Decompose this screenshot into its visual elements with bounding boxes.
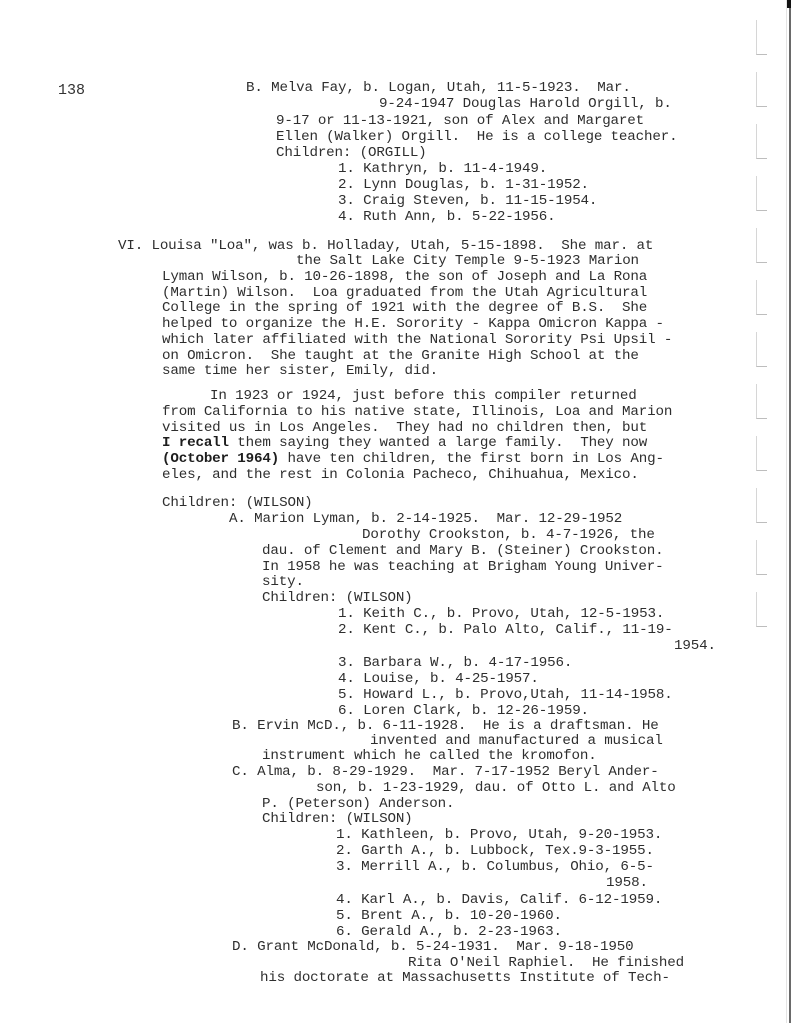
- text-line: (October 1964) have ten children, the fi…: [162, 451, 664, 467]
- text-segment: have ten children, the first born in Los…: [279, 451, 664, 467]
- text-line: 3. Barbara W., b. 4-17-1956.: [338, 655, 572, 671]
- binder-tab-mark: [756, 332, 767, 367]
- text-line: 1958.: [606, 875, 648, 891]
- document-page: 138 B. Melva Fay, b. Logan, Utah, 11-5-1…: [0, 0, 791, 1023]
- text-line: invented and manufactured a musical: [370, 733, 663, 749]
- text-segment: them saying they wanted a large family. …: [229, 435, 647, 451]
- text-line: Dorothy Crookston, b. 4-7-1926, the: [362, 527, 655, 543]
- text-line: 5. Howard L., b. Provo,Utah, 11-14-1958.: [338, 687, 673, 703]
- binder-tab-mark: [756, 228, 767, 263]
- text-line: sity.: [262, 574, 304, 590]
- text-line: Rita O'Neil Raphiel. He finished: [408, 955, 684, 971]
- text-line: 4. Louise, b. 4-25-1957.: [338, 671, 539, 687]
- text-line: (Martin) Wilson. Loa graduated from the …: [162, 285, 647, 301]
- text-line: which later affiliated with the National…: [162, 332, 672, 348]
- text-line: 9-24-1947 Douglas Harold Orgill, b.: [379, 96, 672, 112]
- text-line: In 1958 he was teaching at Brigham Young…: [262, 559, 663, 575]
- text-line: son, b. 1-23-1929, dau. of Otto L. and A…: [316, 780, 676, 796]
- text-line: dau. of Clement and Mary B. (Steiner) Cr…: [262, 543, 663, 559]
- text-line: D. Grant McDonald, b. 5-24-1931. Mar. 9-…: [232, 939, 633, 955]
- text-line: from California to his native state, Ill…: [162, 404, 672, 420]
- binder-tab-mark: [756, 176, 767, 211]
- text-line: 3. Craig Steven, b. 11-15-1954.: [338, 193, 597, 209]
- text-line: instrument which he called the kromofon.: [262, 748, 597, 764]
- page-edge-shadow: [786, 0, 787, 1023]
- page-edge-corner: [787, 0, 791, 8]
- page-number: 138: [58, 82, 85, 99]
- text-line: 2. Kent C., b. Palo Alto, Calif., 11-19-: [338, 622, 673, 638]
- text-line: 9-17 or 11-13-1921, son of Alex and Marg…: [276, 113, 644, 129]
- text-line: Children: (WILSON): [262, 811, 413, 827]
- text-line: 1. Keith C., b. Provo, Utah, 12-5-1953.: [338, 606, 664, 622]
- text-line: B. Melva Fay, b. Logan, Utah, 11-5-1923.…: [246, 80, 631, 96]
- text-line: 1. Kathleen, b. Provo, Utah, 9-20-1953.: [336, 827, 662, 843]
- text-line: 6. Loren Clark, b. 12-26-1959.: [338, 703, 589, 719]
- text-line: his doctorate at Massachusetts Institute…: [260, 970, 670, 986]
- text-line: I recall them saying they wanted a large…: [162, 435, 647, 451]
- text-line: 2. Garth A., b. Lubbock, Tex.9-3-1955.: [336, 843, 654, 859]
- binder-tab-mark: [756, 20, 767, 55]
- text-line: C. Alma, b. 8-29-1929. Mar. 7-17-1952 Be…: [232, 764, 659, 780]
- text-line: College in the spring of 1921 with the d…: [162, 300, 647, 316]
- text-line: VI. Louisa "Loa", was b. Holladay, Utah,…: [118, 238, 653, 254]
- text-line: Ellen (Walker) Orgill. He is a college t…: [276, 129, 677, 145]
- text-line: on Omicron. She taught at the Granite Hi…: [162, 348, 639, 364]
- binder-tab-mark: [756, 280, 767, 315]
- binder-tab-mark: [756, 592, 767, 627]
- text-line: A. Marion Lyman, b. 2-14-1925. Mar. 12-2…: [229, 511, 622, 527]
- binder-tab-mark: [756, 124, 767, 159]
- emphasized-text: I recall: [162, 435, 229, 451]
- text-line: 6. Gerald A., b. 2-23-1963.: [336, 924, 562, 940]
- text-line: B. Ervin McD., b. 6-11-1928. He is a dra…: [232, 718, 659, 734]
- emphasized-text: (October 1964): [162, 451, 279, 467]
- text-line: Lyman Wilson, b. 10-26-1898, the son of …: [162, 269, 647, 285]
- text-line: helped to organize the H.E. Sorority - K…: [162, 316, 664, 332]
- text-line: 5. Brent A., b. 10-20-1960.: [336, 908, 562, 924]
- text-line: 4. Karl A., b. Davis, Calif. 6-12-1959.: [336, 892, 662, 908]
- binder-tab-mark: [756, 436, 767, 471]
- text-line: P. (Peterson) Anderson.: [262, 796, 454, 812]
- text-line: visited us in Los Angeles. They had no c…: [162, 420, 647, 436]
- text-line: 4. Ruth Ann, b. 5-22-1956.: [338, 209, 555, 225]
- text-line: 1954.: [674, 638, 716, 654]
- text-line: the Salt Lake City Temple 9-5-1923 Mario…: [296, 253, 639, 269]
- text-line: Children: (WILSON): [262, 590, 413, 606]
- text-line: Children: (ORGILL): [276, 145, 427, 161]
- binder-tab-mark: [756, 540, 767, 575]
- text-line: 1. Kathryn, b. 11-4-1949.: [338, 161, 547, 177]
- text-line: 3. Merrill A., b. Columbus, Ohio, 6-5-: [336, 859, 654, 875]
- text-line: Children: (WILSON): [162, 495, 313, 511]
- text-line: same time her sister, Emily, did.: [162, 363, 438, 379]
- binder-tab-mark: [756, 488, 767, 523]
- binder-tab-mark: [756, 72, 767, 107]
- text-line: In 1923 or 1924, just before this compil…: [210, 388, 637, 404]
- text-line: 2. Lynn Douglas, b. 1-31-1952.: [338, 177, 589, 193]
- text-line: eles, and the rest in Colonia Pacheco, C…: [162, 467, 639, 483]
- binder-tab-mark: [756, 384, 767, 419]
